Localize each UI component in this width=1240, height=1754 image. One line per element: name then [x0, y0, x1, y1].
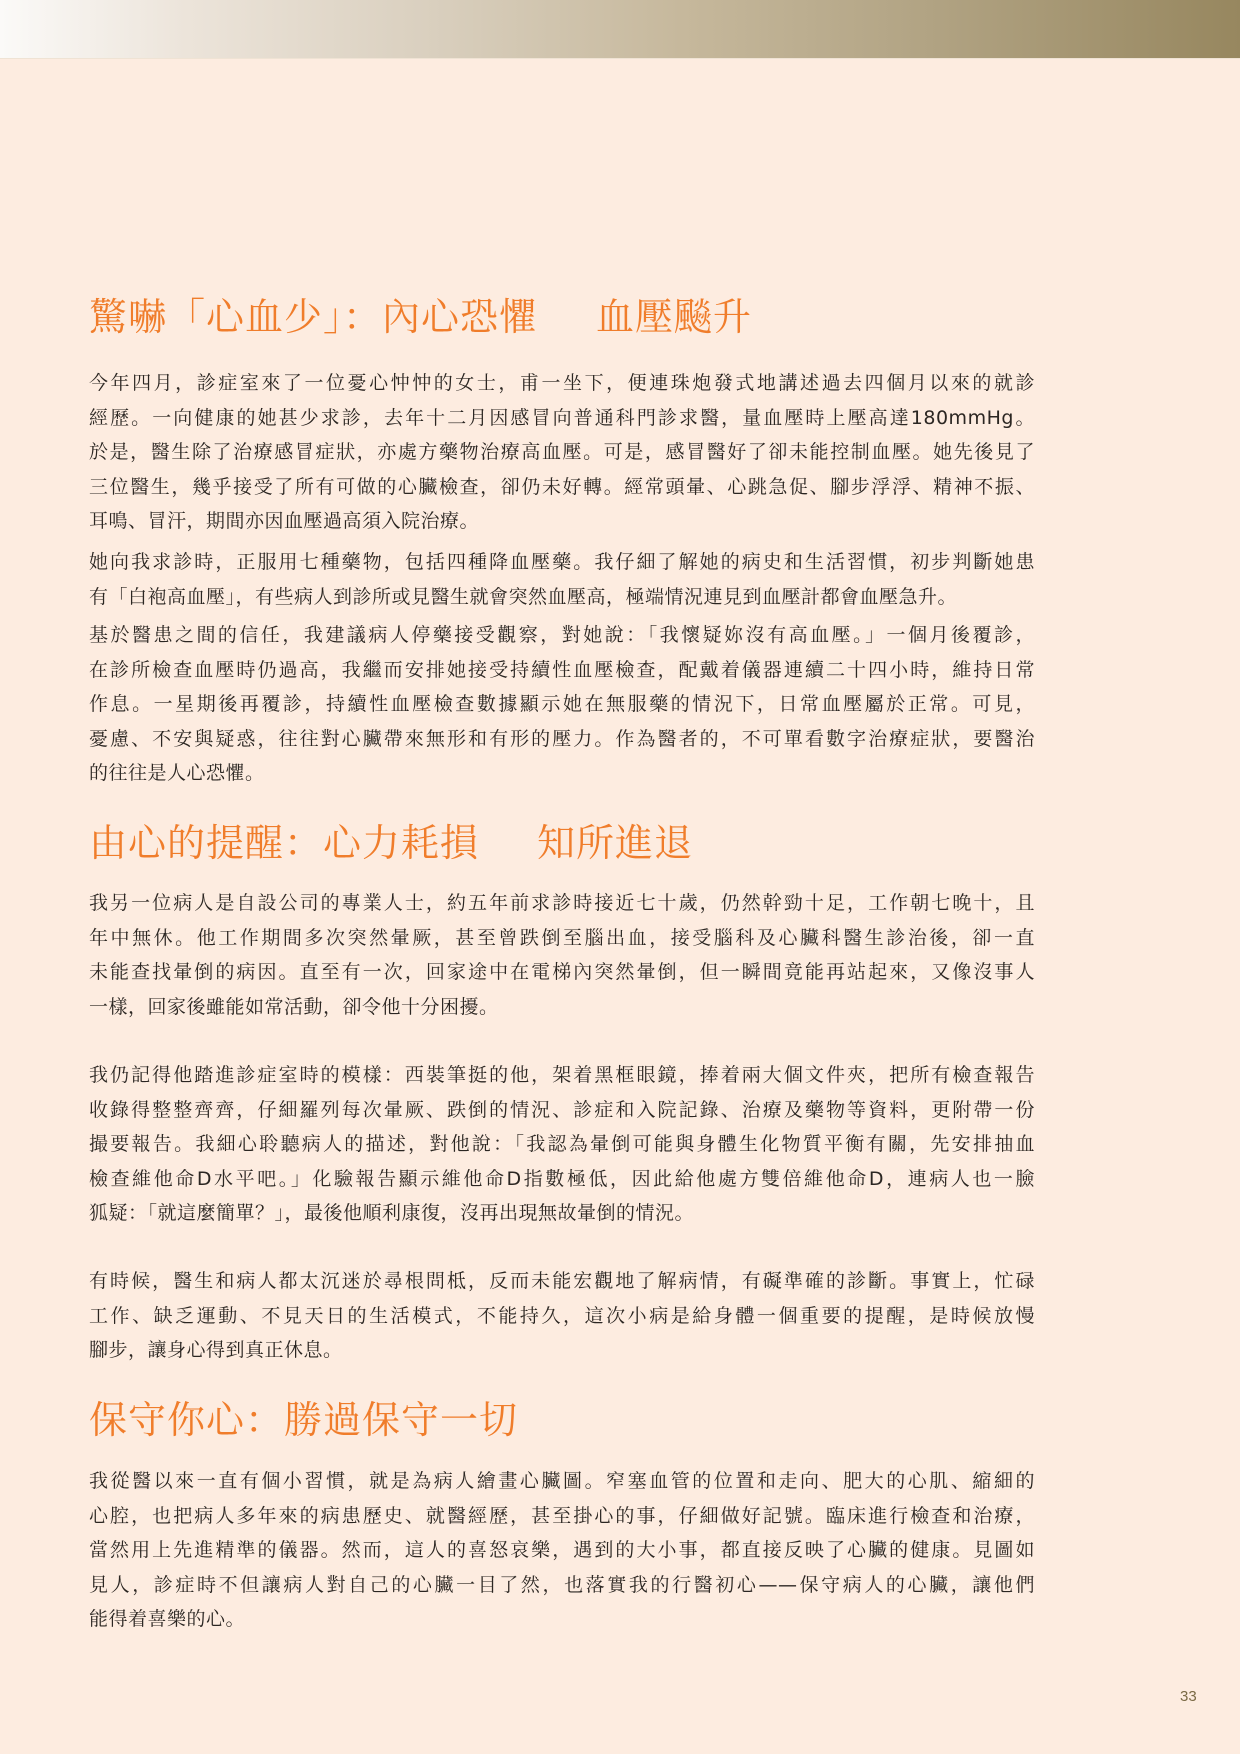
text-line: 能得着喜樂的心。 [89, 1602, 1035, 1637]
text-line: 有「白袍高血壓」，有些病人到診所或見醫生就會突然血壓高，極端情況連見到血壓計都會… [89, 580, 1035, 615]
paragraph-1-2: 她向我求診時，正服用七種藥物，包括四種降血壓藥。我仔細了解她的病史和生活習慣，初… [89, 545, 1035, 614]
heading-2-part-1: 由心的提醒：心力耗損 [89, 821, 479, 865]
text-line: 經歷。一向健康的她甚少求診，去年十二月因感冒向普通科門診求醫，量血壓時上壓高達1… [89, 401, 1035, 436]
text-line: 我另一位病人是自設公司的專業人士，約五年前求診時接近七十歲，仍然幹勁十足，工作朝… [89, 886, 1035, 921]
section-heading-3: 保守你心：勝過保守一切 [89, 1396, 518, 1444]
text-line: 有時候，醫生和病人都太沉迷於尋根問柢，反而未能宏觀地了解病情，有礙準確的診斷。事… [89, 1264, 1035, 1299]
heading-3-part-1: 保守你心：勝過保守一切 [89, 1398, 518, 1442]
text-line: 撮要報告。我細心聆聽病人的描述，對他說：「我認為暈倒可能與身體生化物質平衡有關，… [89, 1127, 1035, 1162]
section-heading-2: 由心的提醒：心力耗損知所進退 [89, 819, 693, 867]
paragraph-3-1: 我從醫以來一直有個小習慣，就是為病人繪畫心臟圖。窄塞血管的位置和走向、肥大的心肌… [89, 1464, 1035, 1637]
paragraph-2-1: 我另一位病人是自設公司的專業人士，約五年前求診時接近七十歲，仍然幹勁十足，工作朝… [89, 886, 1035, 1024]
text-line: 狐疑：「就這麼簡單？」，最後他順利康復，沒再出現無故暈倒的情況。 [89, 1196, 1035, 1231]
text-line: 當然用上先進精準的儀器。然而，這人的喜怒哀樂，遇到的大小事，都直接反映了心臟的健… [89, 1533, 1035, 1568]
text-line: 的往往是人心恐懼。 [89, 756, 1035, 791]
section-heading-1: 驚嚇「心血少」：內心恐懼血壓飈升 [89, 293, 752, 341]
text-line: 於是，醫生除了治療感冒症狀，亦處方藥物治療高血壓。可是，感冒醫好了卻未能控制血壓… [89, 435, 1035, 470]
text-line: 未能查找暈倒的病因。直至有一次，回家途中在電梯內突然暈倒，但一瞬間竟能再站起來，… [89, 955, 1035, 990]
page-number: 33 [1180, 1688, 1197, 1705]
text-line: 今年四月，診症室來了一位憂心忡忡的女士，甫一坐下，便連珠炮發式地講述過去四個月以… [89, 366, 1035, 401]
text-line: 我仍記得他踏進診症室時的模樣：西裝筆挺的他，架着黑框眼鏡，捧着兩大個文件夾，把所… [89, 1058, 1035, 1093]
text-line: 憂慮、不安與疑惑，往往對心臟帶來無形和有形的壓力。作為醫者的，不可單看數字治療症… [89, 722, 1035, 757]
text-line: 她向我求診時，正服用七種藥物，包括四種降血壓藥。我仔細了解她的病史和生活習慣，初… [89, 545, 1035, 580]
text-line: 作息。一星期後再覆診，持續性血壓檢查數據顯示她在無服藥的情況下，日常血壓屬於正常… [89, 687, 1035, 722]
paragraph-2-3: 有時候，醫生和病人都太沉迷於尋根問柢，反而未能宏觀地了解病情，有礙準確的診斷。事… [89, 1264, 1035, 1368]
heading-1-part-1: 驚嚇「心血少」：內心恐懼 [89, 295, 538, 339]
text-line: 檢查維他命D水平吧。」化驗報告顯示維他命D指數極低，因此給他處方雙倍維他命D，連… [89, 1162, 1035, 1197]
text-line: 年中無休。他工作期間多次突然暈厥，甚至曾跌倒至腦出血，接受腦科及心臟科醫生診治後… [89, 921, 1035, 956]
paragraph-1-1: 今年四月，診症室來了一位憂心忡忡的女士，甫一坐下，便連珠炮發式地講述過去四個月以… [89, 366, 1035, 539]
text-line: 在診所檢查血壓時仍過高，我繼而安排她接受持續性血壓檢查，配戴着儀器連續二十四小時… [89, 653, 1035, 688]
text-line: 工作、缺乏運動、不見天日的生活模式，不能持久，這次小病是給身體一個重要的提醒，是… [89, 1299, 1035, 1334]
text-line: 耳鳴、冒汗，期間亦因血壓過高須入院治療。 [89, 504, 1035, 539]
text-line: 收錄得整整齊齊，仔細羅列每次暈厥、跌倒的情況、診症和入院記錄、治療及藥物等資料，… [89, 1093, 1035, 1128]
text-line: 三位醫生，幾乎接受了所有可做的心臟檢查，卻仍未好轉。經常頭暈、心跳急促、腳步浮浮… [89, 470, 1035, 505]
heading-1-part-2: 血壓飈升 [596, 295, 752, 339]
text-line: 一樣，回家後雖能如常活動，卻令他十分困擾。 [89, 990, 1035, 1025]
paragraph-1-3: 基於醫患之間的信任，我建議病人停藥接受觀察，對她說：「我懷疑妳沒有高血壓。」一個… [89, 618, 1035, 791]
text-line: 基於醫患之間的信任，我建議病人停藥接受觀察，對她說：「我懷疑妳沒有高血壓。」一個… [89, 618, 1035, 653]
text-line: 腳步，讓身心得到真正休息。 [89, 1333, 1035, 1368]
text-line: 見人，診症時不但讓病人對自己的心臟一目了然，也落實我的行醫初心——保守病人的心臟… [89, 1568, 1035, 1603]
paragraph-2-2: 我仍記得他踏進診症室時的模樣：西裝筆挺的他，架着黑框眼鏡，捧着兩大個文件夾，把所… [89, 1058, 1035, 1231]
header-gradient-bar [0, 0, 1240, 59]
text-line: 心腔，也把病人多年來的病患歷史、就醫經歷，甚至掛心的事，仔細做好記號。臨床進行檢… [89, 1499, 1035, 1534]
heading-2-part-2: 知所進退 [537, 821, 693, 865]
text-line: 我從醫以來一直有個小習慣，就是為病人繪畫心臟圖。窄塞血管的位置和走向、肥大的心肌… [89, 1464, 1035, 1499]
